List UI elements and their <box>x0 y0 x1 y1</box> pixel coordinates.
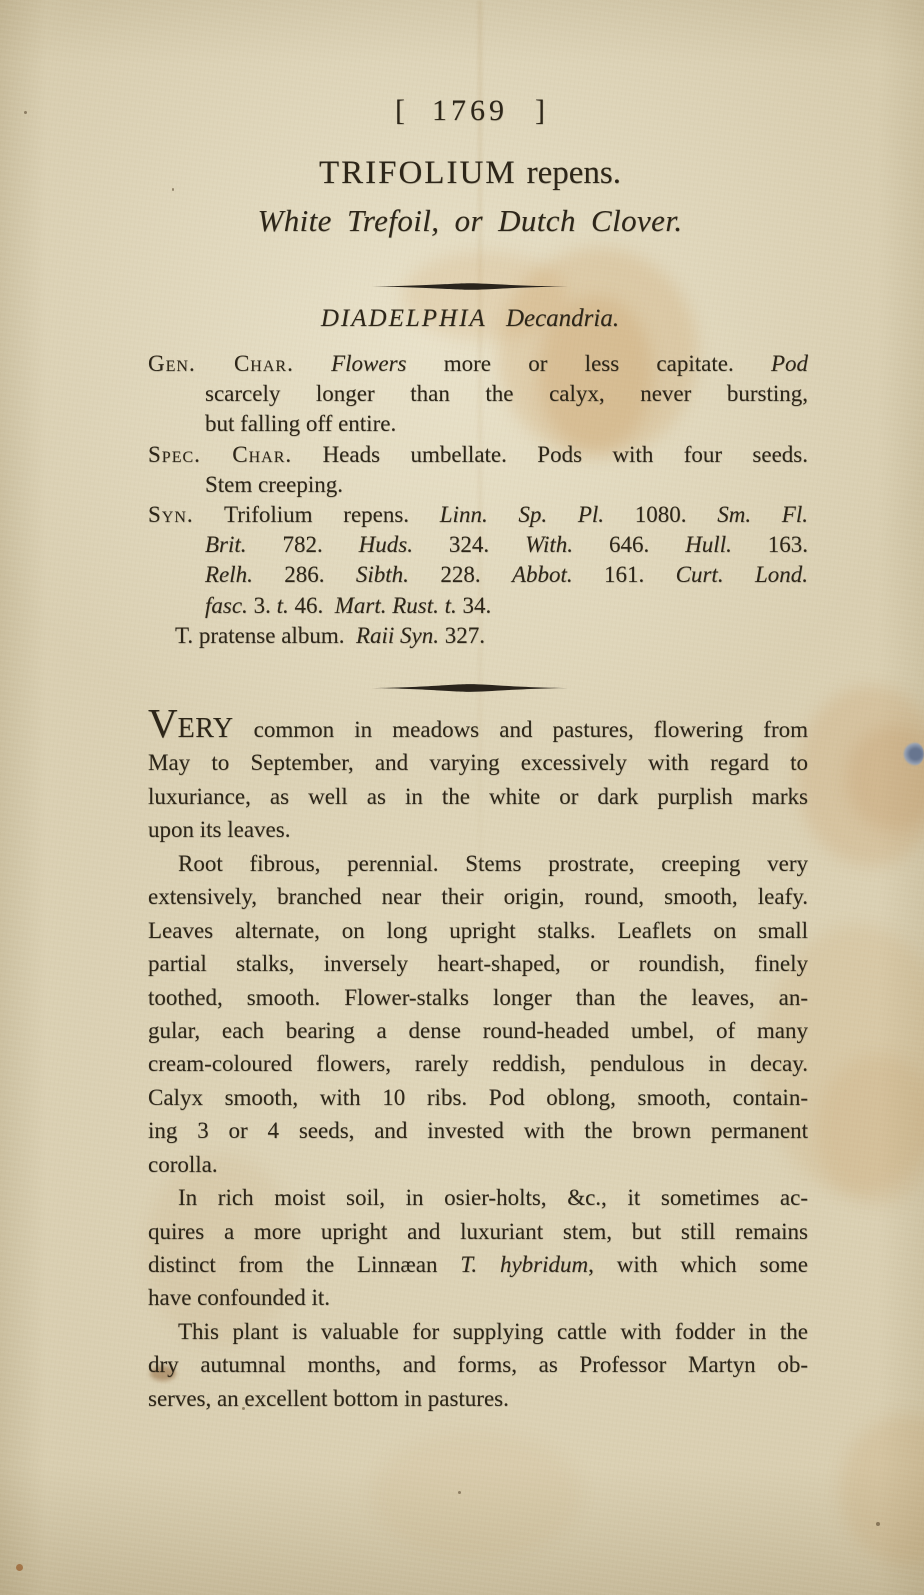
body-line: cream-coloured flowers, rarely reddish, … <box>148 1047 808 1080</box>
body-line: corolla. <box>148 1148 808 1181</box>
genus-name: TRIFOLIUM <box>319 155 517 191</box>
body-line: toothed, smooth. Flower-stalks longer th… <box>148 981 808 1014</box>
synonym-line: Syn. Trifolium repens. Linn. Sp. Pl. 108… <box>148 500 808 530</box>
body-line: dry autumnal months, and forms, as Profe… <box>148 1348 808 1381</box>
body-line: Calyx smooth, with 10 ribs. Pod oblong, … <box>148 1081 808 1114</box>
body-line: serves, an excellent bottom in pastures. <box>148 1382 808 1415</box>
foxing-stain <box>816 1055 924 1205</box>
body-line: In rich moist soil, in osier-holts, &c.,… <box>148 1181 808 1214</box>
paper-speck <box>876 1522 880 1526</box>
description-text: VERY common in meadows and pastures, flo… <box>148 713 808 1415</box>
swelled-rule-divider <box>372 278 568 296</box>
body-line: partial stalks, inversely heart-shaped, … <box>148 947 808 980</box>
synonym-line: Brit. 782. Huds. 324. With. 646. Hull. 1… <box>148 530 808 560</box>
foxing-stain <box>840 1415 924 1565</box>
body-line: gular, each bearing a dense round-headed… <box>148 1014 808 1047</box>
body-line: have confounded it. <box>148 1281 808 1314</box>
close-bracket: ] <box>535 94 545 127</box>
body-line: quires a more upright and luxuriant stem… <box>148 1215 808 1248</box>
synonym-line: T. pratense album. Raii Syn. 327. <box>148 621 808 651</box>
spec-char-line: Stem creeping. <box>148 470 808 500</box>
body-line: ing 3 or 4 seeds, and invested with the … <box>148 1114 808 1147</box>
page-number-line: [1769] <box>140 94 800 128</box>
species-title: TRIFOLIUMrepens. <box>140 155 800 192</box>
species-epithet: repens. <box>527 155 621 191</box>
foxing-stain <box>796 686 924 866</box>
synopsis-section: Gen. Char. Flowers more or less capitate… <box>148 349 808 651</box>
body-line: Root fibrous, perennial. Stems prostrate… <box>148 847 808 880</box>
body-line: VERY common in meadows and pastures, flo… <box>148 713 808 746</box>
page-number: 1769 <box>432 94 508 127</box>
book-page-scan: [1769] TRIFOLIUMrepens. White Trefoil, o… <box>0 0 924 1595</box>
class-order-line: DIADELPHIA Decandria. <box>140 305 800 333</box>
body-line: luxuriance, as well as in the white or d… <box>148 780 808 813</box>
gen-char-line: but falling off entire. <box>148 409 808 439</box>
body-line: extensively, branched near their origin,… <box>148 880 808 913</box>
open-bracket: [ <box>395 94 405 127</box>
body-line: This plant is valuable for supplying cat… <box>148 1315 808 1348</box>
body-line: Leaves alternate, on long upright stalks… <box>148 914 808 947</box>
body-line: May to September, and varying excessivel… <box>148 746 808 779</box>
spec-char-line: Spec. Char. Heads umbellate. Pods with f… <box>148 440 808 470</box>
synonym-line: Relh. 286. Sibth. 228. Abbot. 161. Curt.… <box>148 560 808 590</box>
foxing-stain <box>846 726 924 831</box>
swelled-rule-divider <box>372 680 568 698</box>
body-line: distinct from the Linnæan T. hybridum, w… <box>148 1248 808 1281</box>
gen-char-line: Gen. Char. Flowers more or less capitate… <box>148 349 808 379</box>
foxing-stain <box>372 1432 582 1557</box>
body-line: upon its leaves. <box>148 813 808 846</box>
paper-speck <box>458 1491 461 1494</box>
paper-fleck <box>903 742 924 766</box>
common-name-title: White Trefoil, or Dutch Clover. <box>140 203 800 239</box>
gen-char-line: scarcely longer than the calyx, never bu… <box>148 379 808 409</box>
paper-speck <box>16 1564 23 1571</box>
synonym-line: fasc. 3. t. 46. Mart. Rust. t. 34. <box>148 591 808 621</box>
paper-speck <box>24 111 27 114</box>
